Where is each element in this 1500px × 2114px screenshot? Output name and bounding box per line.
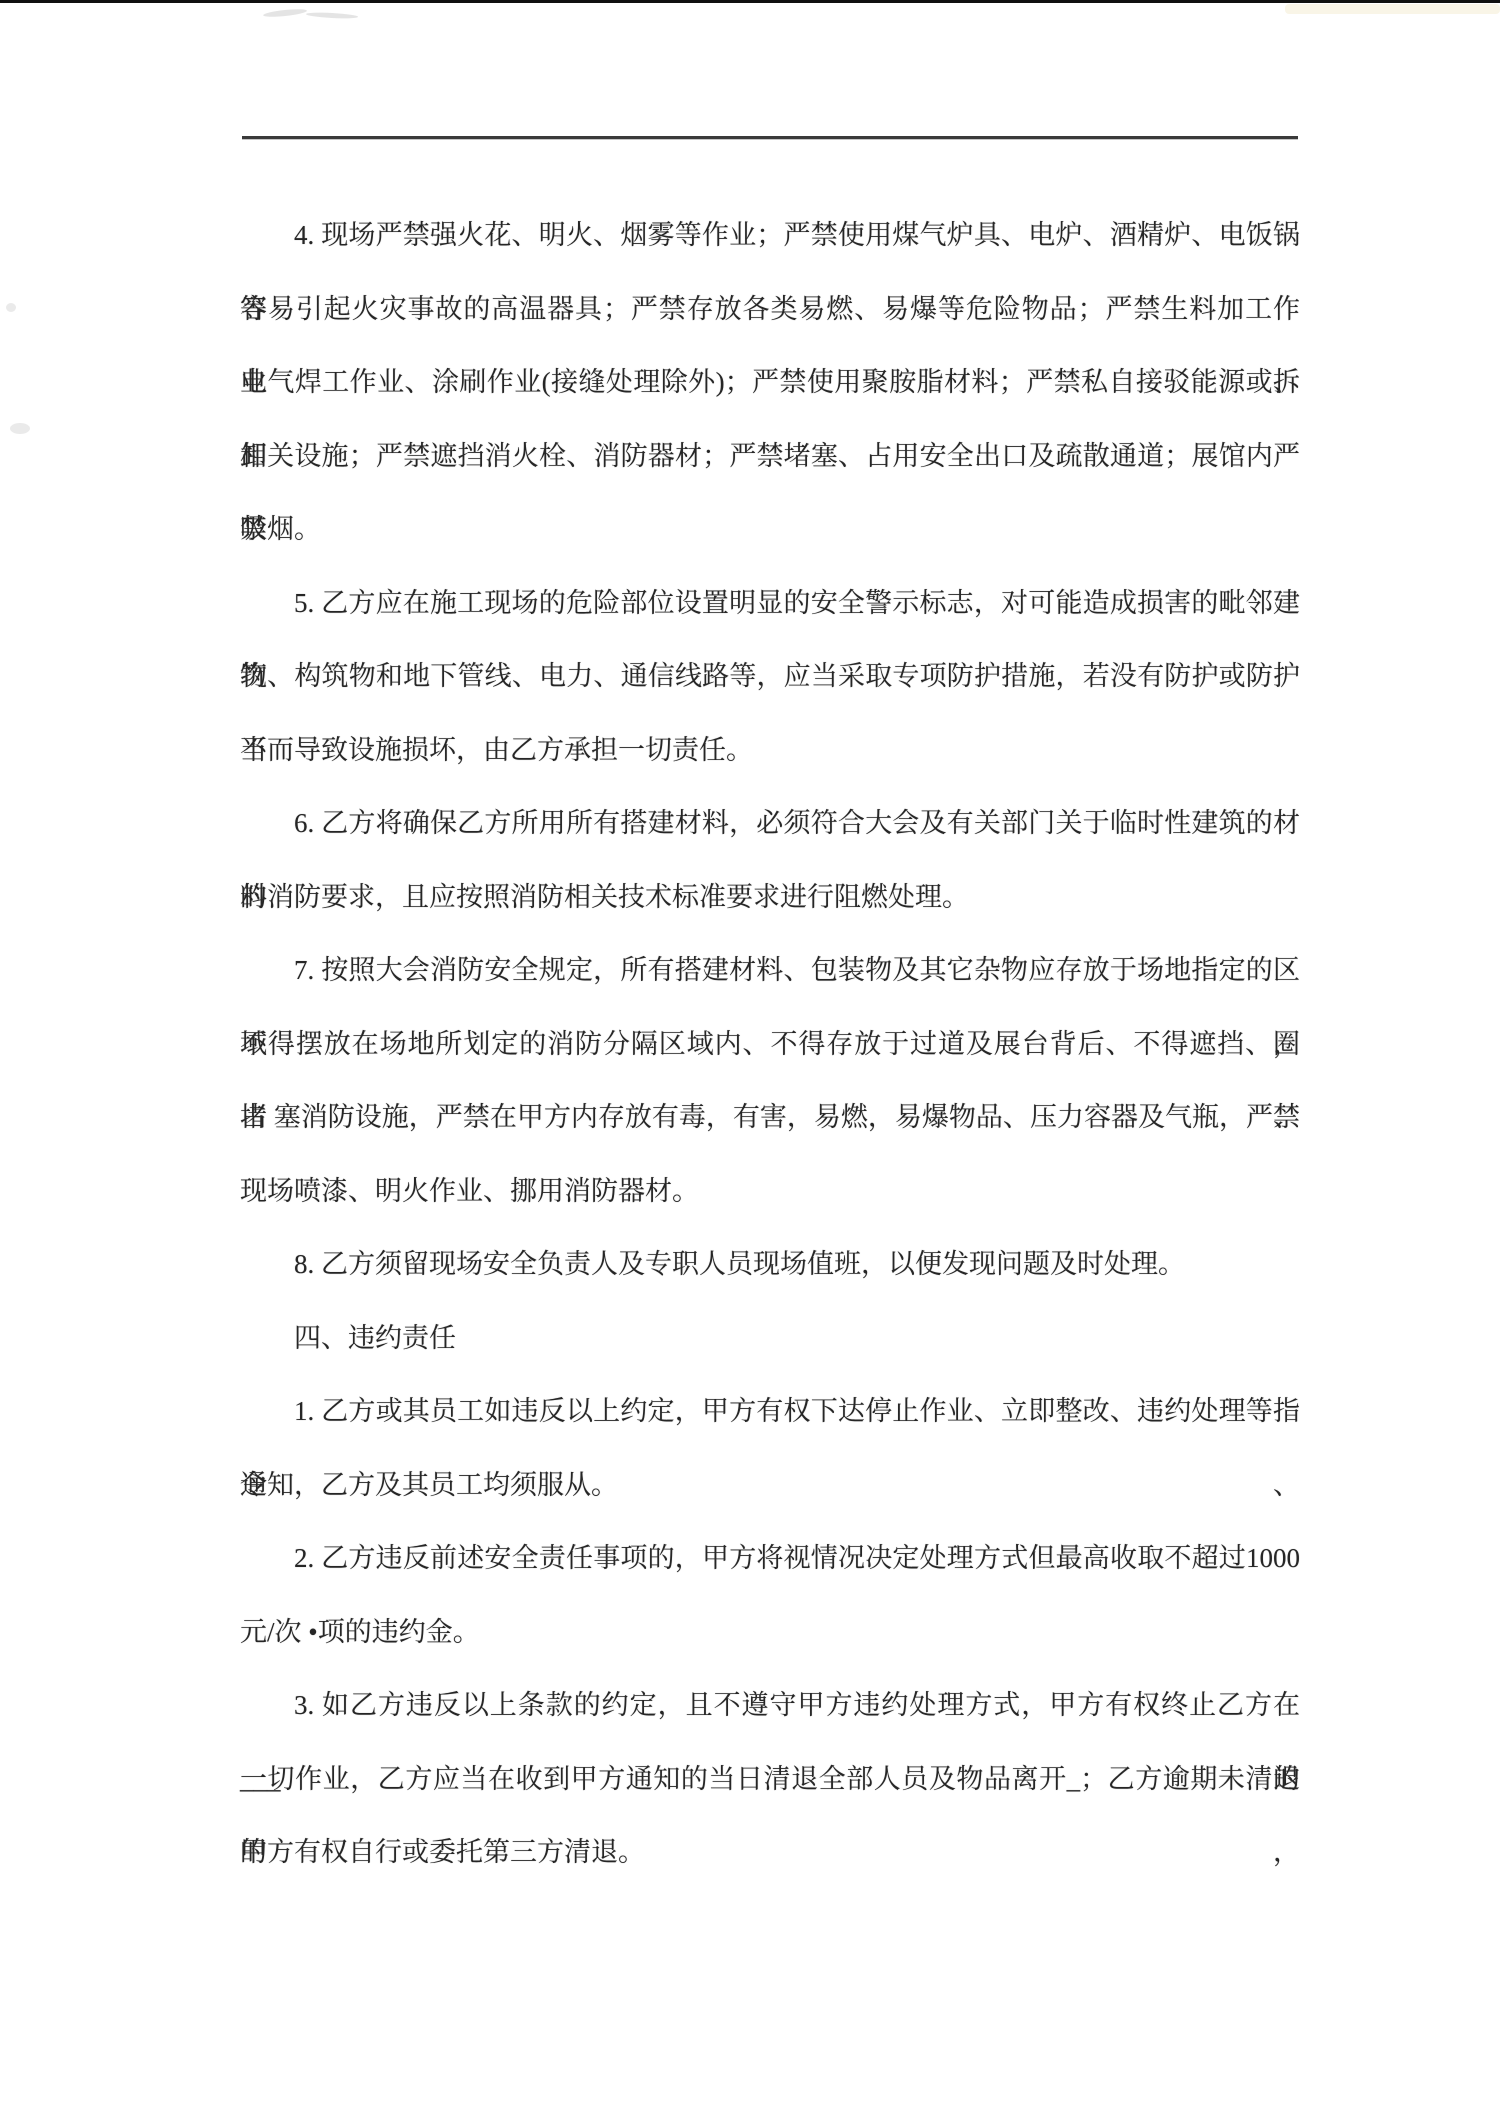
document-line: 7. 按照大会消防安全规定，所有搭建材料、包装物及其它杂物应存放于场地指定的区域… — [240, 934, 1300, 1008]
scanned-contract-page: 4. 现场严禁强火花、明火、烟雾等作业；严禁使用煤气炉具、电炉、酒精炉、电饭锅等… — [0, 0, 1500, 2114]
scan-smudge — [10, 423, 30, 434]
document-line: 3. 如乙方违反以上条款的约定，且不遵守甲方违约处理方式，甲方有权终止乙方在__… — [240, 1669, 1300, 1743]
document-line: 一切作业，乙方应当在收到甲方通知的当日清退全部人员及物品离开_；乙方逾期未清退的… — [240, 1743, 1300, 1817]
document-line: 8. 乙方须留现场安全负责人及专职人员现场值班，以便发现问题及时处理。 — [240, 1228, 1300, 1302]
scan-tint-artifact — [1285, 4, 1500, 14]
scan-smudge — [263, 8, 307, 19]
document-line: 不得摆放在场地所划定的消防分隔区域内、不得存放于过道及展台背后、不得遮挡、圈占、 — [240, 1008, 1300, 1082]
document-line: 6. 乙方将确保乙方所用所有搭建材料，必须符合大会及有关部门关于临时性建筑的材料 — [240, 787, 1300, 861]
document-line: 电气焊工作业、涂刷作业(接缝处理除外)；严禁使用聚胺脂材料；严禁私自接驳能源或拆… — [240, 346, 1300, 420]
document-line: 5. 乙方应在施工现场的危险部位设置明显的安全警示标志，对可能造成损害的毗邻建筑 — [240, 567, 1300, 641]
document-line: 2. 乙方违反前述安全责任事项的，甲方将视情况决定处理方式但最高收取不超过100… — [240, 1522, 1300, 1596]
document-line: 物、构筑物和地下管线、电力、通信线路等，应当采取专项防护措施，若没有防护或防护不 — [240, 640, 1300, 714]
scan-smudge — [306, 12, 358, 20]
document-line: 当而导致设施损坏，由乙方承担一切责任。 — [240, 714, 1300, 788]
document-line: 吸烟。 — [240, 493, 1300, 567]
document-line: 现场喷漆、明火作业、挪用消防器材。 — [240, 1155, 1300, 1229]
document-line: 元/次 •项的违约金。 — [240, 1596, 1300, 1670]
scan-top-edge-artifact — [0, 0, 1500, 3]
document-line: 4. 现场严禁强火花、明火、烟雾等作业；严禁使用煤气炉具、电炉、酒精炉、电饭锅等 — [240, 199, 1300, 273]
document-line: 堵 塞消防设施，严禁在甲方内存放有毒，有害，易燃，易爆物品、压力容器及气瓶，严禁 — [240, 1081, 1300, 1155]
scan-smudge — [6, 303, 16, 312]
section-heading: 四、违约责任 — [240, 1302, 1300, 1376]
document-line: 的消防要求，且应按照消防相关技术标准要求进行阻燃处理。 — [240, 861, 1300, 935]
header-divider-line — [242, 136, 1298, 139]
document-line: 容易引起火灾事故的高温器具；严禁存放各类易燃、易爆等危险物品；严禁生料加工作业、 — [240, 273, 1300, 347]
contract-text-block: 4. 现场严禁强火花、明火、烟雾等作业；严禁使用煤气炉具、电炉、酒精炉、电饭锅等… — [240, 199, 1300, 1890]
document-line: 1. 乙方或其员工如违反以上约定，甲方有权下达停止作业、立即整改、违约处理等指令… — [240, 1375, 1300, 1449]
document-line: 相关设施；严禁遮挡消火栓、消防器材；严禁堵塞、占用安全出口及疏散通道；展馆内严禁 — [240, 420, 1300, 494]
